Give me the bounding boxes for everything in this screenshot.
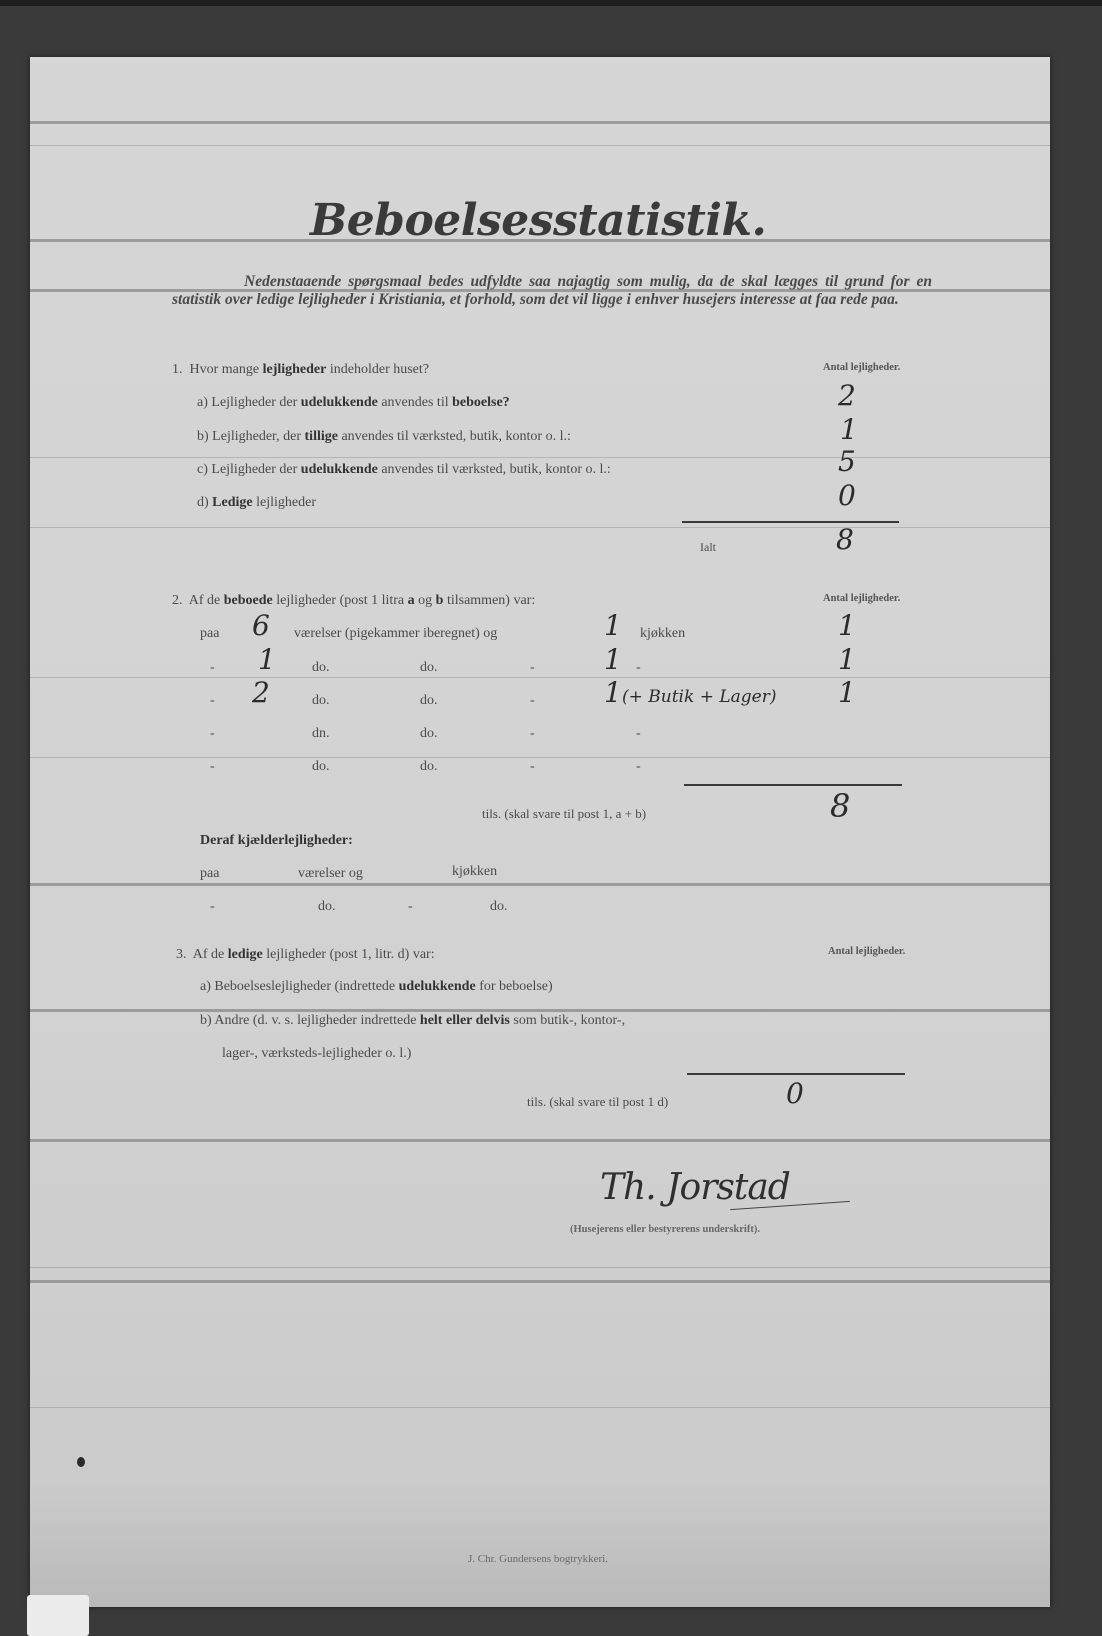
printer-imprint: J. Chr. Gundersens bogtrykkeri.: [468, 1553, 608, 1565]
section3-item-b-line2: lager-, værksteds-lejligheder o. l.): [222, 1046, 411, 1062]
total-label-section1: Ialt: [700, 540, 716, 555]
row5-dash2: -: [530, 759, 535, 775]
section1-item-a: a) Lejligheder der udelukkende anvendes …: [197, 395, 510, 411]
ruled-line: [30, 1280, 1050, 1283]
basement-paa: paa: [200, 866, 219, 882]
total-label-section3: tils. (skal svare til post 1 d): [527, 1094, 668, 1110]
row4-do1: dn.: [312, 726, 330, 742]
row4-do2: do.: [420, 726, 438, 742]
sum-line-section2: [684, 784, 902, 786]
basement-row2-do2: do.: [490, 899, 508, 915]
ruled-line: [30, 527, 1050, 528]
row2-dash3: -: [636, 660, 641, 676]
row4-dash: -: [210, 726, 215, 742]
section2-question: 2. Af de beboede lejligheder (post 1 lit…: [172, 593, 535, 609]
row2-dash: -: [210, 660, 215, 676]
signature-handwritten: Th. Jorstad: [600, 1167, 790, 1208]
row4-dash2: -: [530, 726, 535, 742]
column-header-section3: Antal lejligheder.: [828, 946, 905, 957]
total-value-section1: 8: [836, 523, 854, 556]
row5-do1: do.: [312, 759, 330, 775]
row1-paa: paa: [200, 626, 219, 642]
form-page: Beboelsesstatistik. Nedenstaaende spørgs…: [30, 57, 1050, 1607]
ruled-line: [30, 1267, 1050, 1268]
ruled-line: [30, 121, 1050, 124]
row5-dash: -: [210, 759, 215, 775]
ruled-line: [30, 883, 1050, 886]
value-1c: 5: [838, 445, 856, 478]
film-border: [0, 0, 1102, 6]
row5-dash3: -: [636, 759, 641, 775]
value-1a: 2: [838, 379, 856, 412]
row2-do2: do.: [420, 660, 438, 676]
row3-do2: do.: [420, 693, 438, 709]
row2-dash2: -: [530, 660, 535, 676]
row2-rooms: 1: [258, 643, 276, 676]
film-blemish: [77, 1457, 85, 1467]
section1-item-b: b) Lejligheder, der tillige anvendes til…: [197, 429, 571, 445]
row2-kitchens: 1: [604, 643, 622, 676]
column-header-section1: Antal lejligheder.: [823, 362, 900, 373]
row2-count: 1: [838, 643, 856, 676]
ruled-line: [30, 677, 1050, 678]
row3-kitchens: 1: [604, 676, 622, 709]
row3-rooms: 2: [252, 676, 270, 709]
film-sprocket-hole: [27, 1595, 89, 1636]
basement-heading: Deraf kjælderlejligheder:: [200, 833, 353, 849]
sum-line-section1: [682, 521, 899, 523]
row1-kitchen-label: kjøkken: [640, 626, 685, 642]
row3-count: 1: [838, 676, 856, 709]
total-label-section2: tils. (skal svare til post 1, a + b): [482, 806, 646, 822]
basement-row2-dash2: -: [408, 899, 413, 915]
row3-do1: do.: [312, 693, 330, 709]
ruled-line: [30, 757, 1050, 758]
section3-item-a: a) Beboelseslejligheder (indrettede udel…: [200, 979, 553, 995]
value-1b: 1: [840, 413, 858, 446]
row1-count: 1: [838, 609, 856, 642]
section1-item-d: d) Ledige lejligheder: [197, 495, 316, 511]
row3-dash2: -: [530, 693, 535, 709]
form-title: Beboelsesstatistik.: [310, 195, 766, 246]
row3-handwritten-note: (+ Butik + Lager): [622, 687, 776, 707]
sum-line-section3: [687, 1073, 905, 1075]
intro-paragraph: Nedenstaaende spørgsmaal bedes udfyldte …: [172, 273, 932, 309]
ruled-line: [30, 457, 1050, 458]
row3-dash: -: [210, 693, 215, 709]
value-1d: 0: [838, 479, 856, 512]
ruled-line: [30, 145, 1050, 146]
row1-kitchens: 1: [604, 609, 622, 642]
section1-question: 1. Hvor mange lejligheder indeholder hus…: [172, 362, 429, 378]
row2-do1: do.: [312, 660, 330, 676]
row1-rooms: 6: [252, 609, 270, 642]
row5-do2: do.: [420, 759, 438, 775]
total-value-section2: 8: [830, 787, 850, 825]
basement-row2-do1: do.: [318, 899, 336, 915]
total-value-section3: 0: [786, 1077, 804, 1110]
row1-rooms-label: værelser (pigekammer iberegnet) og: [294, 626, 497, 642]
basement-rooms-label: værelser og: [298, 866, 363, 882]
basement-row2-dash: -: [210, 899, 215, 915]
section1-item-c: c) Lejligheder der udelukkende anvendes …: [197, 462, 611, 478]
ruled-line: [30, 1407, 1050, 1408]
section3-item-b: b) Andre (d. v. s. lejligheder indretted…: [200, 1013, 625, 1029]
row4-dash3: -: [636, 726, 641, 742]
ruled-line: [30, 1009, 1050, 1012]
signature-caption: (Husejerens eller bestyrerens underskrif…: [570, 1224, 760, 1235]
basement-kitchen-label: kjøkken: [452, 864, 497, 880]
section3-question: 3. Af de ledige lejligheder (post 1, lit…: [176, 947, 435, 963]
ruled-line: [30, 1139, 1050, 1142]
column-header-section2: Antal lejligheder.: [823, 593, 900, 604]
